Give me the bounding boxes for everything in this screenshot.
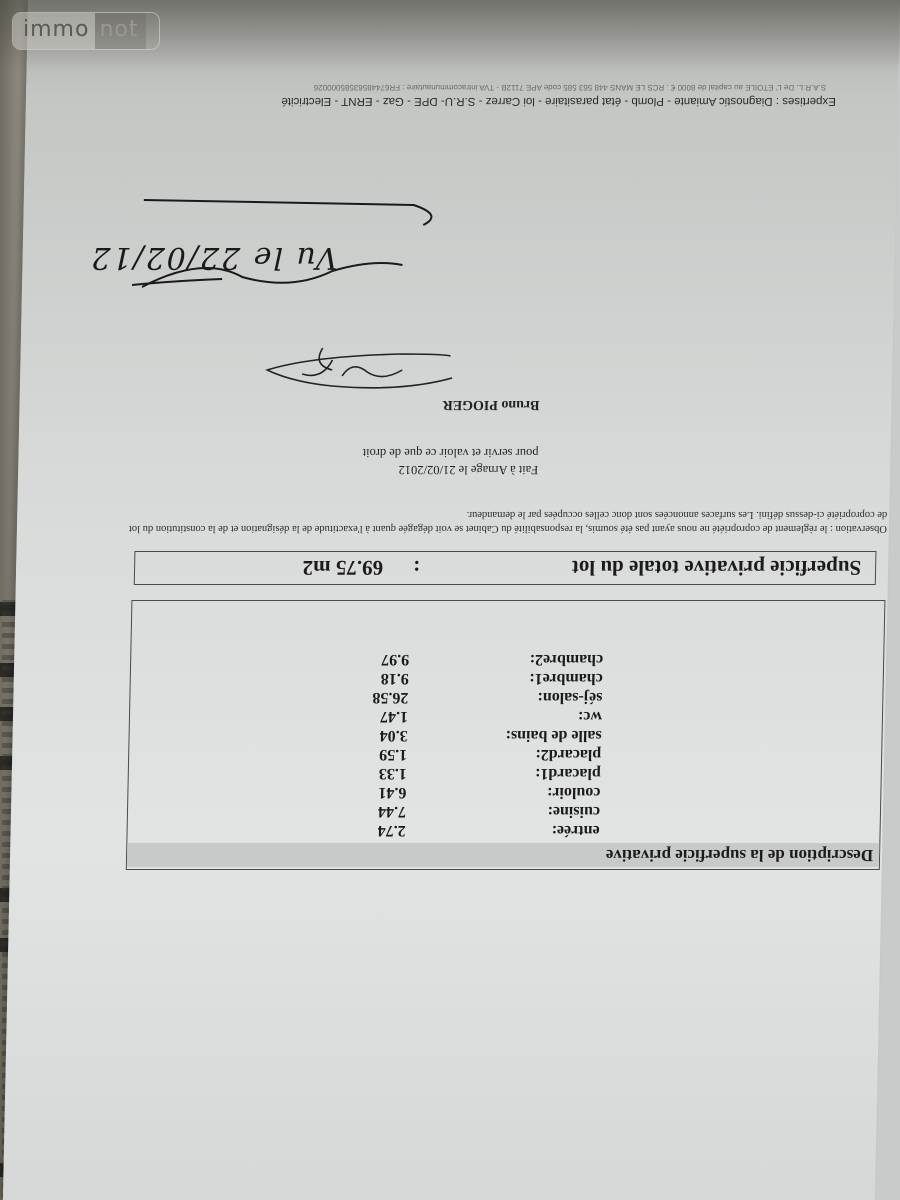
room-label: couloir: — [460, 782, 600, 801]
room-row: séj-salon:26.58 — [348, 687, 602, 706]
handwritten-note: Vu le 22/02/12 — [89, 240, 338, 275]
document-sheet: Description de la superficie privative e… — [3, 0, 900, 1200]
room-label: chambre1: — [463, 668, 603, 687]
room-label: chambre2: — [463, 649, 603, 668]
room-label: wc: — [462, 706, 602, 725]
room-surface: 9.18 — [349, 668, 409, 687]
footer-company-legal: S.A.R.L. De L' ETOILE au capital de 8000… — [314, 83, 827, 92]
section-title: Description de la superficie privative — [127, 843, 880, 867]
validity-line: pour servir et valoir ce que de droit — [362, 444, 538, 461]
room-row: wc:1.47 — [348, 706, 602, 725]
room-row: couloir:6.41 — [346, 782, 600, 801]
room-row: chambre1:9.18 — [349, 668, 603, 687]
place-date-line: Fait à Arnage le 21/02/2012 — [362, 461, 538, 478]
room-row: placard1:1.33 — [347, 763, 601, 782]
total-value: 69.75 m2 — [302, 552, 383, 584]
room-surface: 2.74 — [345, 820, 405, 839]
room-list: entrée:2.74cuisine:7.44couloir:6.41placa… — [345, 649, 603, 839]
room-surface: 3.04 — [347, 725, 407, 744]
room-label: entrée: — [459, 820, 599, 839]
room-surface: 26.58 — [348, 687, 408, 706]
room-label: cuisine: — [460, 801, 600, 820]
room-surface: 1.33 — [347, 763, 407, 782]
place-date: Fait à Arnage le 21/02/2012 pour servir … — [362, 444, 539, 478]
room-row: chambre2:9.97 — [349, 649, 603, 668]
total-colon: : — [413, 552, 421, 584]
signature-initials — [262, 340, 463, 400]
room-surface: 1.47 — [348, 706, 408, 725]
room-label: séj-salon: — [462, 687, 602, 706]
watermark-part-not: not — [95, 13, 146, 49]
room-row: placard2:1.59 — [347, 744, 601, 763]
room-row: salle de bains:3.04 — [347, 725, 601, 744]
room-surface: 7.44 — [346, 801, 406, 820]
room-surface: 9.97 — [349, 649, 409, 668]
room-surface: 6.41 — [346, 782, 406, 801]
total-label: Superficie privative totale du lot — [571, 552, 861, 584]
room-row: entrée:2.74 — [345, 820, 599, 839]
watermark-part-immo: immo — [13, 13, 95, 49]
room-label: placard1: — [461, 763, 601, 782]
upside-down-content: Description de la superficie privative e… — [3, 0, 900, 1200]
room-label: placard2: — [461, 744, 601, 763]
room-surface: 1.59 — [347, 744, 407, 763]
surface-description-table: Description de la superficie privative e… — [126, 600, 886, 870]
total-surface-box: Superficie privative totale du lot : 69.… — [134, 551, 877, 585]
observation-text: Observation : le règlement de copropriét… — [127, 507, 888, 535]
room-label: salle de bains: — [461, 725, 601, 744]
footer-expertises: Expertises : Diagnostic Amiante - Plomb … — [281, 95, 836, 107]
immonot-watermark: immo not — [12, 12, 160, 50]
room-row: cuisine:7.44 — [346, 801, 600, 820]
